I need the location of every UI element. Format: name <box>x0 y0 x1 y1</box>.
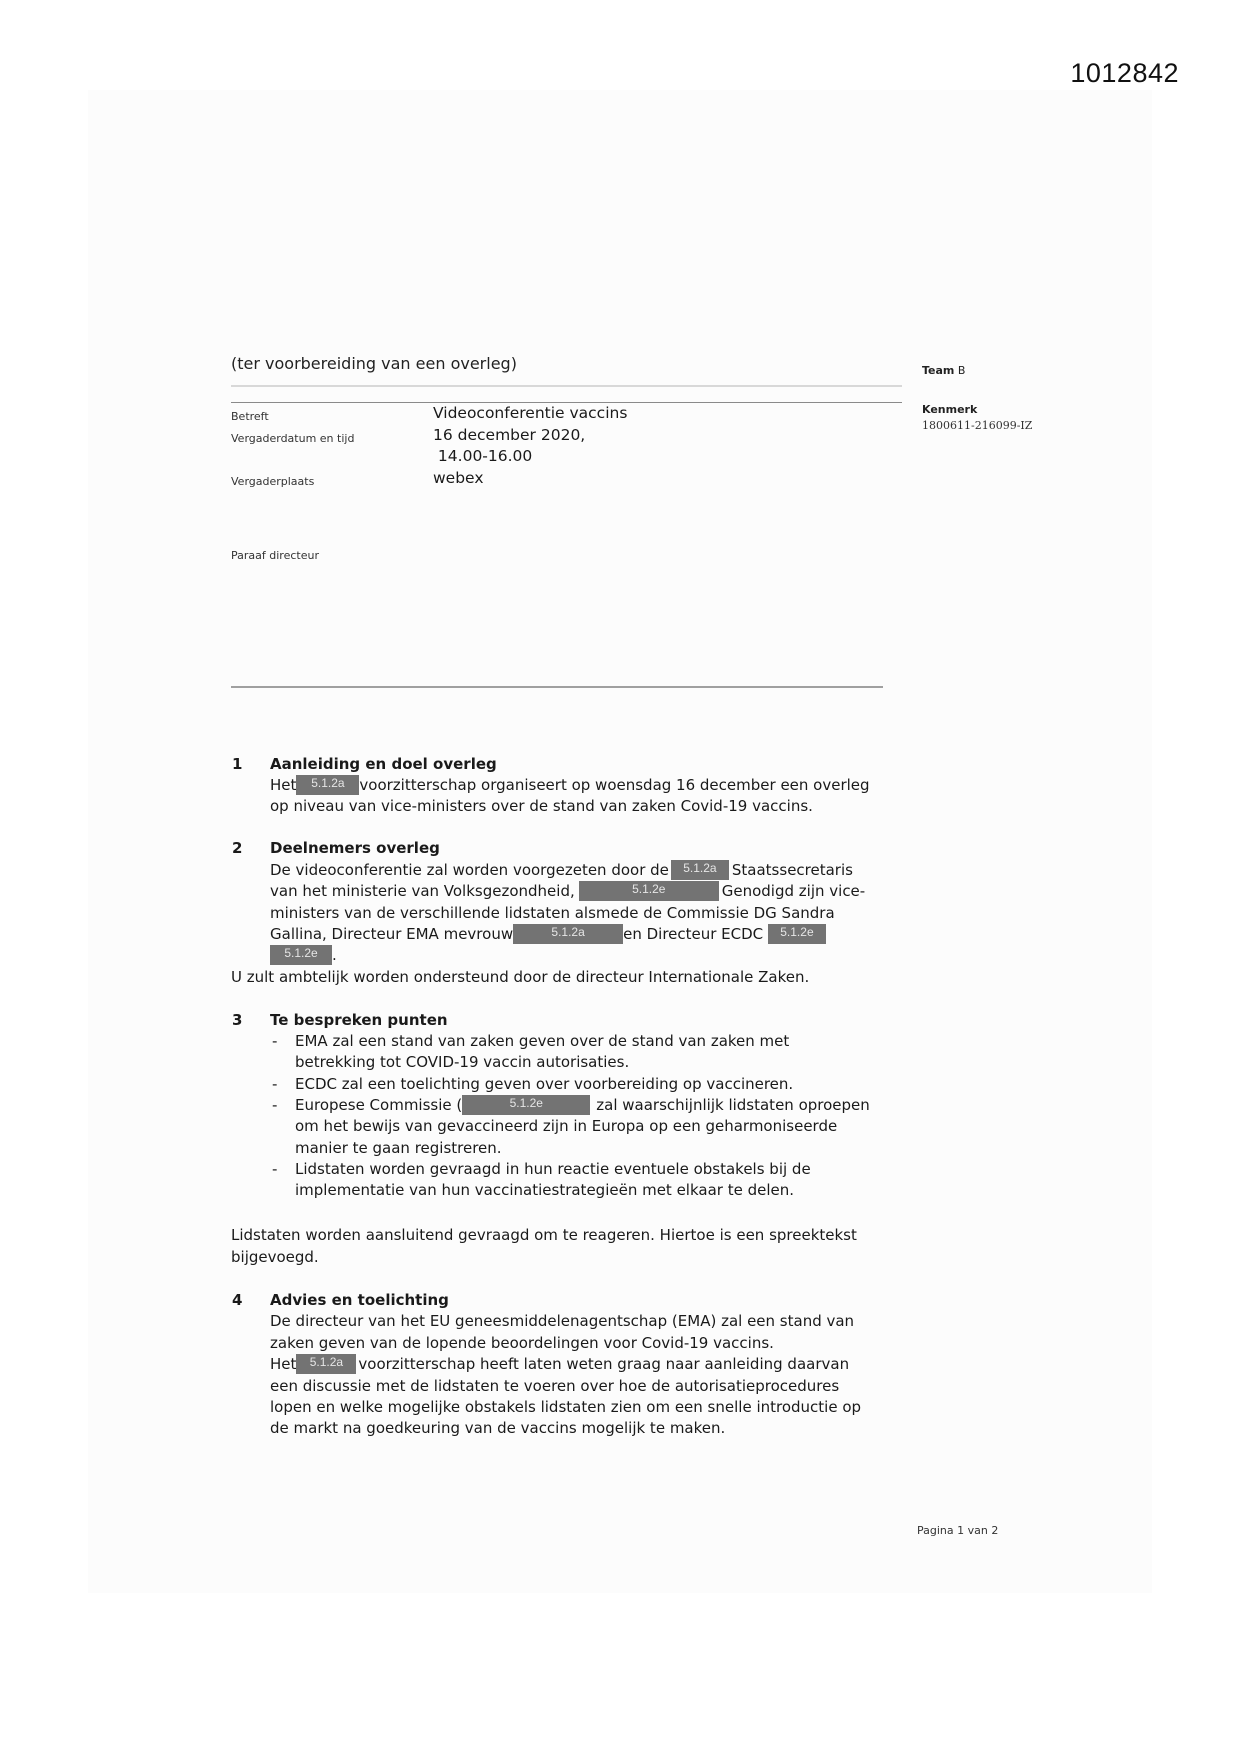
document-id: 1012842 <box>1070 58 1179 89</box>
section-4-line: zaken geven van de lopende beoordelingen… <box>270 1334 774 1352</box>
section-1-number: 1 <box>232 755 242 773</box>
section-4-line: de markt na goedkeuring van de vaccins m… <box>270 1419 725 1437</box>
section-4-line: De directeur van het EU geneesmiddelenag… <box>270 1312 854 1330</box>
redaction-box: 5.1.2e <box>270 945 332 965</box>
redaction-box: 5.1.2e <box>768 924 826 944</box>
kenmerk-value: 1800611-216099-IZ <box>922 419 1032 432</box>
section-2-line: Gallina, Directeur EMA mevrouw5.1.2aen D… <box>270 925 826 944</box>
team-field: Team B <box>922 364 965 377</box>
datum-value: 16 december 2020, <box>433 426 585 444</box>
kenmerk-label: Kenmerk <box>922 403 977 416</box>
section-4-line: een discussie met de lidstaten te voeren… <box>270 1377 839 1395</box>
section-4-number: 4 <box>232 1291 242 1309</box>
bullet-item: Europese Commissie (5.1.2ezal waarschijn… <box>295 1096 870 1115</box>
redaction-box: 5.1.2a <box>296 775 359 795</box>
followup-line: bijgevoegd. <box>231 1248 319 1266</box>
section-1-line: Het5.1.2avoorzitterschap organiseert op … <box>270 776 870 795</box>
tijd-value: 14.00-16.00 <box>433 447 532 465</box>
section-3-number: 3 <box>232 1011 242 1029</box>
bullet-item: ECDC zal een toelichting geven over voor… <box>295 1075 793 1093</box>
bullet-item-cont: betrekking tot COVID-19 vaccin autorisat… <box>295 1053 629 1071</box>
section-2-line: De videoconferentie zal worden voorgezet… <box>270 861 853 880</box>
divider-top-light <box>231 385 902 387</box>
bullet-item: EMA zal een stand van zaken geven over d… <box>295 1032 789 1050</box>
divider-top-dark <box>231 402 902 403</box>
paraaf-label: Paraaf directeur <box>231 549 319 562</box>
section-2-line: van het ministerie van Volksgezondheid,5… <box>270 882 865 901</box>
section-2-line: ministers van de verschillende lidstaten… <box>270 904 835 922</box>
betreft-value: Videoconferentie vaccins <box>433 404 627 422</box>
support-note: U zult ambtelijk worden ondersteund door… <box>231 968 809 986</box>
section-1-line: op niveau van vice-ministers over de sta… <box>270 797 813 815</box>
followup-line: Lidstaten worden aansluitend gevraagd om… <box>231 1226 857 1244</box>
redaction-box: 5.1.2a <box>671 860 729 880</box>
bullet-item: Lidstaten worden gevraagd in hun reactie… <box>295 1160 811 1178</box>
betreft-label: Betreft <box>231 410 269 423</box>
bullet-dash: - <box>272 1032 277 1050</box>
redaction-box: 5.1.2e <box>579 881 719 901</box>
redaction-box: 5.1.2a <box>296 1354 356 1374</box>
bullet-dash: - <box>272 1160 277 1178</box>
team-label: Team <box>922 364 954 377</box>
datum-label: Vergaderdatum en tijd <box>231 432 354 445</box>
bullet-dash: - <box>272 1096 277 1114</box>
section-2-number: 2 <box>232 839 242 857</box>
section-1-title: Aanleiding en doel overleg <box>270 755 497 773</box>
plaats-label: Vergaderplaats <box>231 475 314 488</box>
section-2-line: 5.1.2e. <box>270 946 337 965</box>
document-purpose: (ter voorbereiding van een overleg) <box>231 354 517 373</box>
bullet-item-cont: manier te gaan registreren. <box>295 1139 502 1157</box>
section-3-title: Te bespreken punten <box>270 1011 448 1029</box>
section-4-line: Het5.1.2avoorzitterschap heeft laten wet… <box>270 1355 849 1374</box>
redaction-box: 5.1.2e <box>462 1095 590 1115</box>
redaction-box: 5.1.2a <box>513 924 623 944</box>
page-number: Pagina 1 van 2 <box>917 1524 998 1537</box>
divider-separator <box>231 686 883 688</box>
section-4-line: lopen en welke mogelijke obstakels lidst… <box>270 1398 861 1416</box>
bullet-item-cont: om het bewijs van gevaccineerd zijn in E… <box>295 1117 837 1135</box>
bullet-dash: - <box>272 1075 277 1093</box>
team-value: B <box>958 364 966 377</box>
plaats-value: webex <box>433 469 484 487</box>
bullet-item-cont: implementatie van hun vaccinatiestrategi… <box>295 1181 794 1199</box>
section-4-title: Advies en toelichting <box>270 1291 449 1309</box>
section-2-title: Deelnemers overleg <box>270 839 440 857</box>
